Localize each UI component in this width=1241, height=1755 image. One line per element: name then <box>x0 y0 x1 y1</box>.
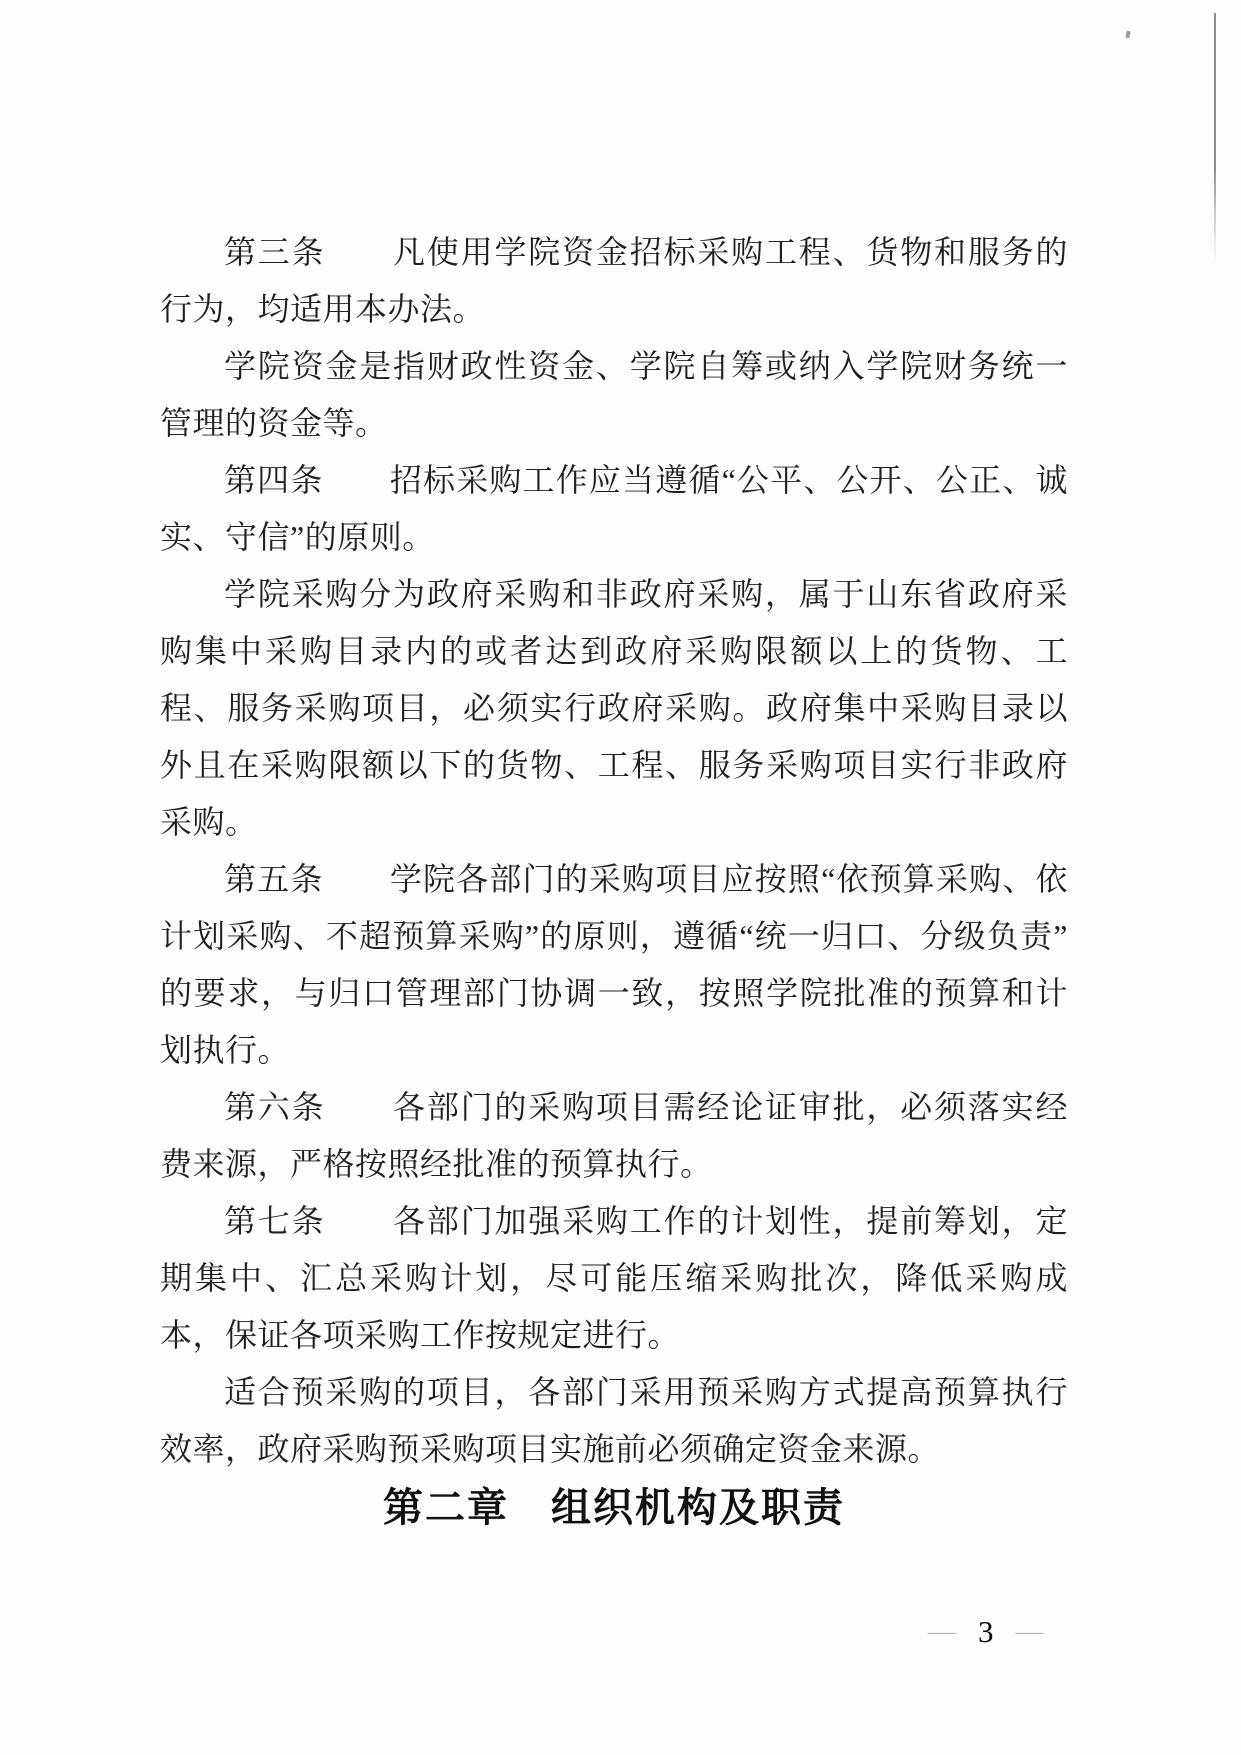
paragraph-procurement-types: 学院采购分为政府采购和非政府采购，属于山东省政府采购集中采购目录内的或者达到政府… <box>160 566 1068 851</box>
scan-artifact-vertical-line <box>1214 13 1216 263</box>
scan-artifact-speck <box>1125 31 1130 39</box>
scanned-document-page: 第三条 凡使用学院资金招标采购工程、货物和服务的行为，均适用本办法。 学院资金是… <box>0 0 1241 1755</box>
paragraph-funds-definition: 学院资金是指财政性资金、学院自筹或纳入学院财务统一管理的资金等。 <box>160 338 1068 452</box>
paragraph-pre-procurement: 适合预采购的项目，各部门采用预采购方式提高预算执行效率，政府采购预采购项目实施前… <box>160 1364 1068 1478</box>
paragraph-article-5: 第五条 学院各部门的采购项目应按照“依预算采购、依计划采购、不超预算采购”的原则… <box>160 851 1068 1079</box>
page-number-left-dash: — <box>928 1616 956 1648</box>
page-number-right-dash: — <box>1016 1616 1044 1648</box>
page-number-footer: — 3 — <box>928 1612 1044 1652</box>
page-number: 3 <box>978 1612 994 1652</box>
chapter-heading: 第二章 组织机构及职责 <box>160 1478 1068 1538</box>
paragraph-article-6: 第六条 各部门的采购项目需经论证审批，必须落实经费来源，严格按照经批准的预算执行… <box>160 1079 1068 1193</box>
document-body: 第三条 凡使用学院资金招标采购工程、货物和服务的行为，均适用本办法。 学院资金是… <box>160 224 1068 1538</box>
paragraph-article-7: 第七条 各部门加强采购工作的计划性，提前筹划，定期集中、汇总采购计划，尽可能压缩… <box>160 1193 1068 1364</box>
paragraph-article-3: 第三条 凡使用学院资金招标采购工程、货物和服务的行为，均适用本办法。 <box>160 224 1068 338</box>
paragraph-article-4: 第四条 招标采购工作应当遵循“公平、公开、公正、诚实、守信”的原则。 <box>160 452 1068 566</box>
